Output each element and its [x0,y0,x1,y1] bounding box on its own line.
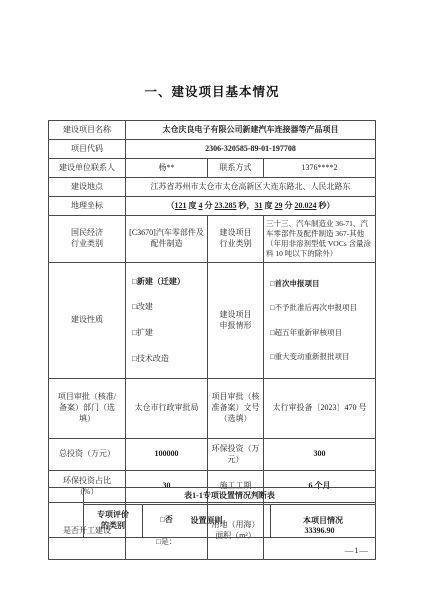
geo-latitude-sec: 20.024 [295,201,317,210]
geo-text: 分 [203,201,215,210]
table-row: 表1-1专项设置情况判断表 [49,488,376,505]
setting-principle-header: 设置原则 [143,505,271,538]
geo-label: 地理坐标 [49,197,126,216]
project-industry-value: 三十三、汽车制造业 36-71、汽车零部件及配件制造 367-其他（年用非溶剂型… [264,216,376,263]
project-code-label: 项目代码 [49,140,126,159]
approval-doc-value: 太行审投备〔2023〕470 号 [264,379,376,439]
table-row: 项目审批（核准/ 备案）部门（选 填） 太仓市行政审批局 项目审批（核 准备案）… [49,379,376,439]
table-row: 建设性质 □新建（迁建） □改建 □扩建 □技术改造 建设项目 申报情形 □首次… [49,263,376,379]
table-row: 专项评价 的类别 设置原则 本项目情况 [49,505,376,538]
project-code-value: 2306-320585-89-01-197708 [126,140,376,159]
env-investment-value: 300 [264,439,376,471]
construction-nature-options: □新建（迁建） □改建 □扩建 □技术改造 [126,263,208,379]
industry-category-label: 国民经济 行业类别 [49,216,126,263]
table-row: 国民经济 行业类别 [C3670]汽车零部件及 配件制造 建设项目 行业类别 三… [49,216,376,263]
project-situation-header: 本项目情况 [271,505,376,538]
special-assessment-table: 表1-1专项设置情况判断表 专项评价 的类别 设置原则 本项目情况 [48,487,376,538]
table-row: 建设项目名称 太仓庆良电子有限公司新建汽车连接器等产品项目 [49,121,376,140]
document-page: 一、建设项目基本情况 建设项目名称 太仓庆良电子有限公司新建汽车连接器等产品项目… [0,0,424,600]
geo-text: 分 [283,201,295,210]
geo-value: （121 度 4 分 23.285 秒，31 度 29 分 20.024 秒） [126,197,376,216]
construction-nature-label: 建设性质 [49,263,126,379]
env-investment-label: 环保投资（万 元） [208,439,264,471]
geo-longitude-sec: 23.285 [215,201,237,210]
contact-person-value: 杨** [126,159,208,178]
checkbox-option-tech: □技术改造 [132,354,205,365]
empty-cell [49,488,84,538]
special-category-header: 专项评价 的类别 [84,505,143,538]
contact-person-label: 建设单位联系人 [49,159,126,178]
table-row: 建设地点 江苏省苏州市太仓市太仓高新区大连东路北、人民北路东 [49,178,376,197]
geo-longitude-deg: 121 [175,201,187,210]
declaration-type-label: 建设项目 申报情形 [208,263,264,379]
table-row: 项目代码 2306-320585-89-01-197708 [49,140,376,159]
checkbox-option-yes: □是： [128,537,205,548]
table-row: 总投资（万元） 100000 环保投资（万 元） 300 [49,439,376,471]
checkbox-option-fiveyear: □超五年重新审核项目 [270,328,373,338]
declaration-type-options: □首次申报项目 □不予批准后再次申报项目 □超五年重新审核项目 □重大变动重新报… [264,263,376,379]
checkbox-option-reapply: □不予批准后再次申报项目 [270,303,373,313]
approval-dept-label: 项目审批（核准/ 备案）部门（选 填） [49,379,126,439]
checkbox-option-expand: □扩建 [132,328,205,339]
checkbox-option-new: □新建（迁建） [132,277,205,288]
geo-text: 秒， [237,201,255,210]
contact-method-value: 1376****2 [264,159,376,178]
location-value: 江苏省苏州市太仓市太仓高新区大连东路北、人民北路东 [126,178,376,197]
project-industry-label: 建设项目 行业类别 [208,216,264,263]
geo-text: 度 [263,201,275,210]
geo-text: 秒） [317,201,335,210]
total-investment-value: 100000 [126,439,208,471]
contact-method-label: 联系方式 [208,159,264,178]
checkbox-option-first: □首次申报项目 [270,279,373,289]
location-label: 建设地点 [49,178,126,197]
checkbox-option-rebuild: □改建 [132,302,205,313]
geo-text: 度 [187,201,199,210]
table-row: 地理坐标 （121 度 4 分 23.285 秒，31 度 29 分 20.02… [49,197,376,216]
sub-table-title: 表1-1专项设置情况判断表 [84,488,376,505]
project-name-value: 太仓庆良电子有限公司新建汽车连接器等产品项目 [126,121,376,140]
project-name-label: 建设项目名称 [49,121,126,140]
table-row: 建设单位联系人 杨** 联系方式 1376****2 [49,159,376,178]
checkbox-option-major-change: □重大变动重新报批项目 [270,352,373,362]
industry-category-value: [C3670]汽车零部件及 配件制造 [126,216,208,263]
page-number: —1— [345,545,369,555]
geo-latitude-min: 29 [275,201,283,210]
approval-doc-label: 项目审批（核 准备案）文号 （选填） [208,379,264,439]
geo-latitude-deg: 31 [255,201,263,210]
approval-dept-value: 太仓市行政审批局 [126,379,208,439]
page-title: 一、建设项目基本情况 [0,82,424,100]
geo-open: （ [167,201,175,210]
total-investment-label: 总投资（万元） [49,439,126,471]
